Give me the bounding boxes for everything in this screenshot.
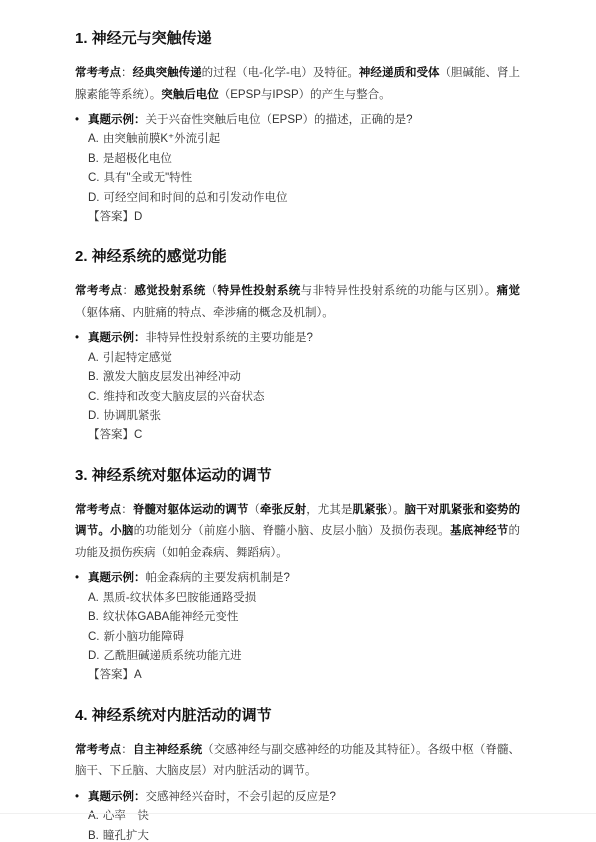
keypoint-text: 的过程（电-化学-电）及特征。	[202, 67, 359, 79]
question-block: • 真题示例：非特异性投射系统的主要功能是? A.引起特定感觉B.激发大脑皮层发…	[75, 329, 520, 445]
keypoint-text: ：	[121, 67, 133, 79]
option-line: D.可经空间和时间的总和引发动作电位	[88, 189, 520, 208]
answer-label: 【答案】	[88, 429, 134, 441]
question-block: • 真题示例：帕金森病的主要发病机制是? A.黑质-纹状体多巴胺能通路受损B.纹…	[75, 569, 520, 685]
keypoint-term: 感觉投射系统	[134, 285, 205, 297]
bullet-icon: •	[75, 329, 88, 348]
question-text-wrap: 真题示例：关于兴奋性突触后电位（EPSP）的描述，正确的是?	[88, 111, 413, 130]
option-text: 可经空间和时间的总和引发动作电位	[104, 192, 288, 204]
answer-value: A	[134, 669, 142, 681]
question-separator: ：	[134, 332, 146, 344]
sections-container: 1. 神经元与突触传递 常考考点：经典突触传递的过程（电-化学-电）及特征。神经…	[75, 30, 520, 842]
keypoint-term: 常考考点	[75, 67, 121, 79]
question-line: • 真题示例：交感神经兴奋时，不会引起的反应是?	[75, 788, 520, 807]
option-line: B.纹状体GABA能神经元变性	[88, 608, 520, 627]
keypoint-term: 痛觉	[497, 285, 520, 297]
keypoint-text: 与非特异性投射系统的功能与区别）。	[301, 285, 497, 297]
option-text: 引起特定感觉	[103, 352, 172, 364]
option-text: 激发大脑皮层发出神经冲动	[103, 371, 241, 383]
option-text: 具有"全或无"特性	[104, 172, 193, 184]
option-letter: A.	[88, 352, 99, 364]
option-text: 由突触前膜K⁺外流引起	[103, 133, 220, 145]
answer-line: 【答案】D	[88, 208, 520, 227]
keypoint-text: （躯体痛、内脏痛的特点、牵涉痛的概念及机制）。	[75, 307, 334, 319]
option-line: A.由突触前膜K⁺外流引起	[88, 130, 520, 149]
keypoint-term: 常考考点	[75, 744, 121, 756]
answer-line: 【答案】A	[88, 666, 520, 685]
keypoint-text: （	[206, 285, 218, 297]
keypoint-text: ，尤其是	[306, 504, 352, 516]
option-line: B.是超极化电位	[88, 150, 520, 169]
question-line: • 真题示例：关于兴奋性突触后电位（EPSP）的描述，正确的是?	[75, 111, 520, 130]
section: 4. 神经系统对内脏活动的调节 常考考点：自主神经系统（交感神经与副交感神经的功…	[75, 707, 520, 842]
keypoint-term: 基底神经节	[450, 525, 509, 537]
option-line: D.乙酰胆碱递质系统功能亢进	[88, 647, 520, 666]
section-heading: 1. 神经元与突触传递	[75, 30, 520, 47]
option-line: C.新小脑功能障碍	[88, 628, 520, 647]
bullet-icon: •	[75, 788, 88, 807]
question-label: 真题示例	[88, 114, 134, 126]
options-list: A.引起特定感觉B.激发大脑皮层发出神经冲动C.维持和改变大脑皮层的兴奋状态D.…	[88, 349, 520, 427]
question-label: 真题示例	[88, 572, 134, 584]
answer-label: 【答案】	[88, 669, 134, 681]
option-line: A.引起特定感觉	[88, 349, 520, 368]
keypoint-text: （	[248, 504, 260, 516]
keypoints-paragraph: 常考考点：脊髓对躯体运动的调节（牵张反射，尤其是肌紧张）。脑干对肌紧张和姿势的调…	[75, 500, 520, 565]
option-line: A.黑质-纹状体多巴胺能通路受损	[88, 589, 520, 608]
keypoints-paragraph: 常考考点：感觉投射系统（特异性投射系统与非特异性投射系统的功能与区别）。痛觉（躯…	[75, 281, 520, 324]
option-text: 是超极化电位	[103, 153, 172, 165]
question-separator: ：	[134, 791, 146, 803]
option-text: 新小脑功能障碍	[104, 631, 185, 643]
option-line: C.维持和改变大脑皮层的兴奋状态	[88, 388, 520, 407]
question-label: 真题示例	[88, 791, 134, 803]
option-letter: B.	[88, 371, 99, 383]
keypoint-term: 神经递质和受体	[359, 67, 440, 79]
question-separator: ：	[134, 114, 146, 126]
question-text: 关于兴奋性突触后电位（EPSP）的描述，正确的是?	[146, 114, 413, 126]
option-line: B.瞳孔扩大	[88, 827, 520, 842]
keypoint-text: ）。	[387, 504, 404, 516]
keypoint-term: 常考考点	[75, 285, 123, 297]
option-letter: D.	[88, 410, 100, 422]
option-line: C.具有"全或无"特性	[88, 169, 520, 188]
option-text: 黑质-纹状体多巴胺能通路受损	[103, 592, 256, 604]
keypoints-paragraph: 常考考点：自主神经系统（交感神经与副交感神经的功能及其特征）。各级中枢（脊髓、脑…	[75, 740, 520, 783]
bullet-icon: •	[75, 111, 88, 130]
section: 2. 神经系统的感觉功能 常考考点：感觉投射系统（特异性投射系统与非特异性投射系…	[75, 248, 520, 445]
keypoint-text: 的功能划分（前庭小脑、脊髓小脑、皮层小脑）及损伤表现。	[134, 525, 450, 537]
question-text-wrap: 真题示例：非特异性投射系统的主要功能是?	[88, 329, 313, 348]
option-text: 维持和改变大脑皮层的兴奋状态	[104, 391, 265, 403]
keypoint-term: 经典突触传递	[133, 67, 202, 79]
option-letter: C.	[88, 172, 100, 184]
answer-label: 【答案】	[88, 211, 134, 223]
question-line: • 真题示例：帕金森病的主要发病机制是?	[75, 569, 520, 588]
option-letter: C.	[88, 391, 100, 403]
keypoint-term: 特异性投射系统	[217, 285, 300, 297]
keypoint-text: ：	[121, 744, 133, 756]
option-text: 乙酰胆碱递质系统功能亢进	[104, 650, 242, 662]
option-line: D.协调肌紧张	[88, 407, 520, 426]
option-text: 纹状体GABA能神经元变性	[103, 611, 238, 623]
question-text-wrap: 真题示例：帕金森病的主要发病机制是?	[88, 569, 290, 588]
keypoints-paragraph: 常考考点：经典突触传递的过程（电-化学-电）及特征。神经递质和受体（胆碱能、肾上…	[75, 63, 520, 106]
section-heading: 4. 神经系统对内脏活动的调节	[75, 707, 520, 724]
section-heading: 2. 神经系统的感觉功能	[75, 248, 520, 265]
keypoint-term: 肌紧张	[352, 504, 387, 516]
answer-line: 【答案】C	[88, 426, 520, 445]
question-text: 非特异性投射系统的主要功能是?	[146, 332, 313, 344]
option-line: A.心率 快	[88, 807, 520, 826]
options-list: A.黑质-纹状体多巴胺能通路受损B.纹状体GABA能神经元变性C.新小脑功能障碍…	[88, 589, 520, 667]
keypoint-term: 突触后电位	[161, 89, 219, 101]
question-block: • 真题示例：关于兴奋性突触后电位（EPSP）的描述，正确的是? A.由突触前膜…	[75, 111, 520, 227]
option-letter: A.	[88, 133, 99, 145]
option-letter: B.	[88, 830, 99, 842]
option-letter: D.	[88, 650, 100, 662]
page-bottom-divider	[0, 813, 596, 814]
keypoint-text: ：	[123, 285, 135, 297]
keypoint-term: 自主神经系统	[133, 744, 202, 756]
option-letter: B.	[88, 153, 99, 165]
option-line: B.激发大脑皮层发出神经冲动	[88, 368, 520, 387]
document-page: 1. 神经元与突触传递 常考考点：经典突触传递的过程（电-化学-电）及特征。神经…	[0, 0, 596, 842]
question-separator: ：	[134, 572, 146, 584]
section: 1. 神经元与突触传递 常考考点：经典突触传递的过程（电-化学-电）及特征。神经…	[75, 30, 520, 227]
option-letter: C.	[88, 631, 100, 643]
keypoint-text: （EPSP与IPSP）的产生与整合。	[219, 89, 391, 101]
answer-value: C	[134, 429, 142, 441]
option-text: 瞳孔扩大	[103, 830, 149, 842]
keypoint-term: 常考考点	[75, 504, 121, 516]
section-heading: 3. 神经系统对躯体运动的调节	[75, 467, 520, 484]
question-text-wrap: 真题示例：交感神经兴奋时，不会引起的反应是?	[88, 788, 336, 807]
section: 3. 神经系统对躯体运动的调节 常考考点：脊髓对躯体运动的调节（牵张反射，尤其是…	[75, 467, 520, 686]
question-line: • 真题示例：非特异性投射系统的主要功能是?	[75, 329, 520, 348]
bullet-icon: •	[75, 569, 88, 588]
option-letter: A.	[88, 592, 99, 604]
keypoint-term: 牵张反射	[260, 504, 306, 516]
option-text: 协调肌紧张	[104, 410, 162, 422]
keypoint-term: 小脑	[110, 525, 133, 537]
answer-value: D	[134, 211, 142, 223]
question-text: 交感神经兴奋时，不会引起的反应是?	[146, 791, 336, 803]
option-letter: B.	[88, 611, 99, 623]
question-text: 帕金森病的主要发病机制是?	[146, 572, 290, 584]
question-label: 真题示例	[88, 332, 134, 344]
option-letter: D.	[88, 192, 100, 204]
keypoint-text: ：	[121, 504, 133, 516]
options-list: A.由突触前膜K⁺外流引起B.是超极化电位C.具有"全或无"特性D.可经空间和时…	[88, 130, 520, 208]
question-block: • 真题示例：交感神经兴奋时，不会引起的反应是? A.心率 快B.瞳孔扩大	[75, 788, 520, 842]
keypoint-term: 脊髓对躯体运动的调节	[133, 504, 249, 516]
